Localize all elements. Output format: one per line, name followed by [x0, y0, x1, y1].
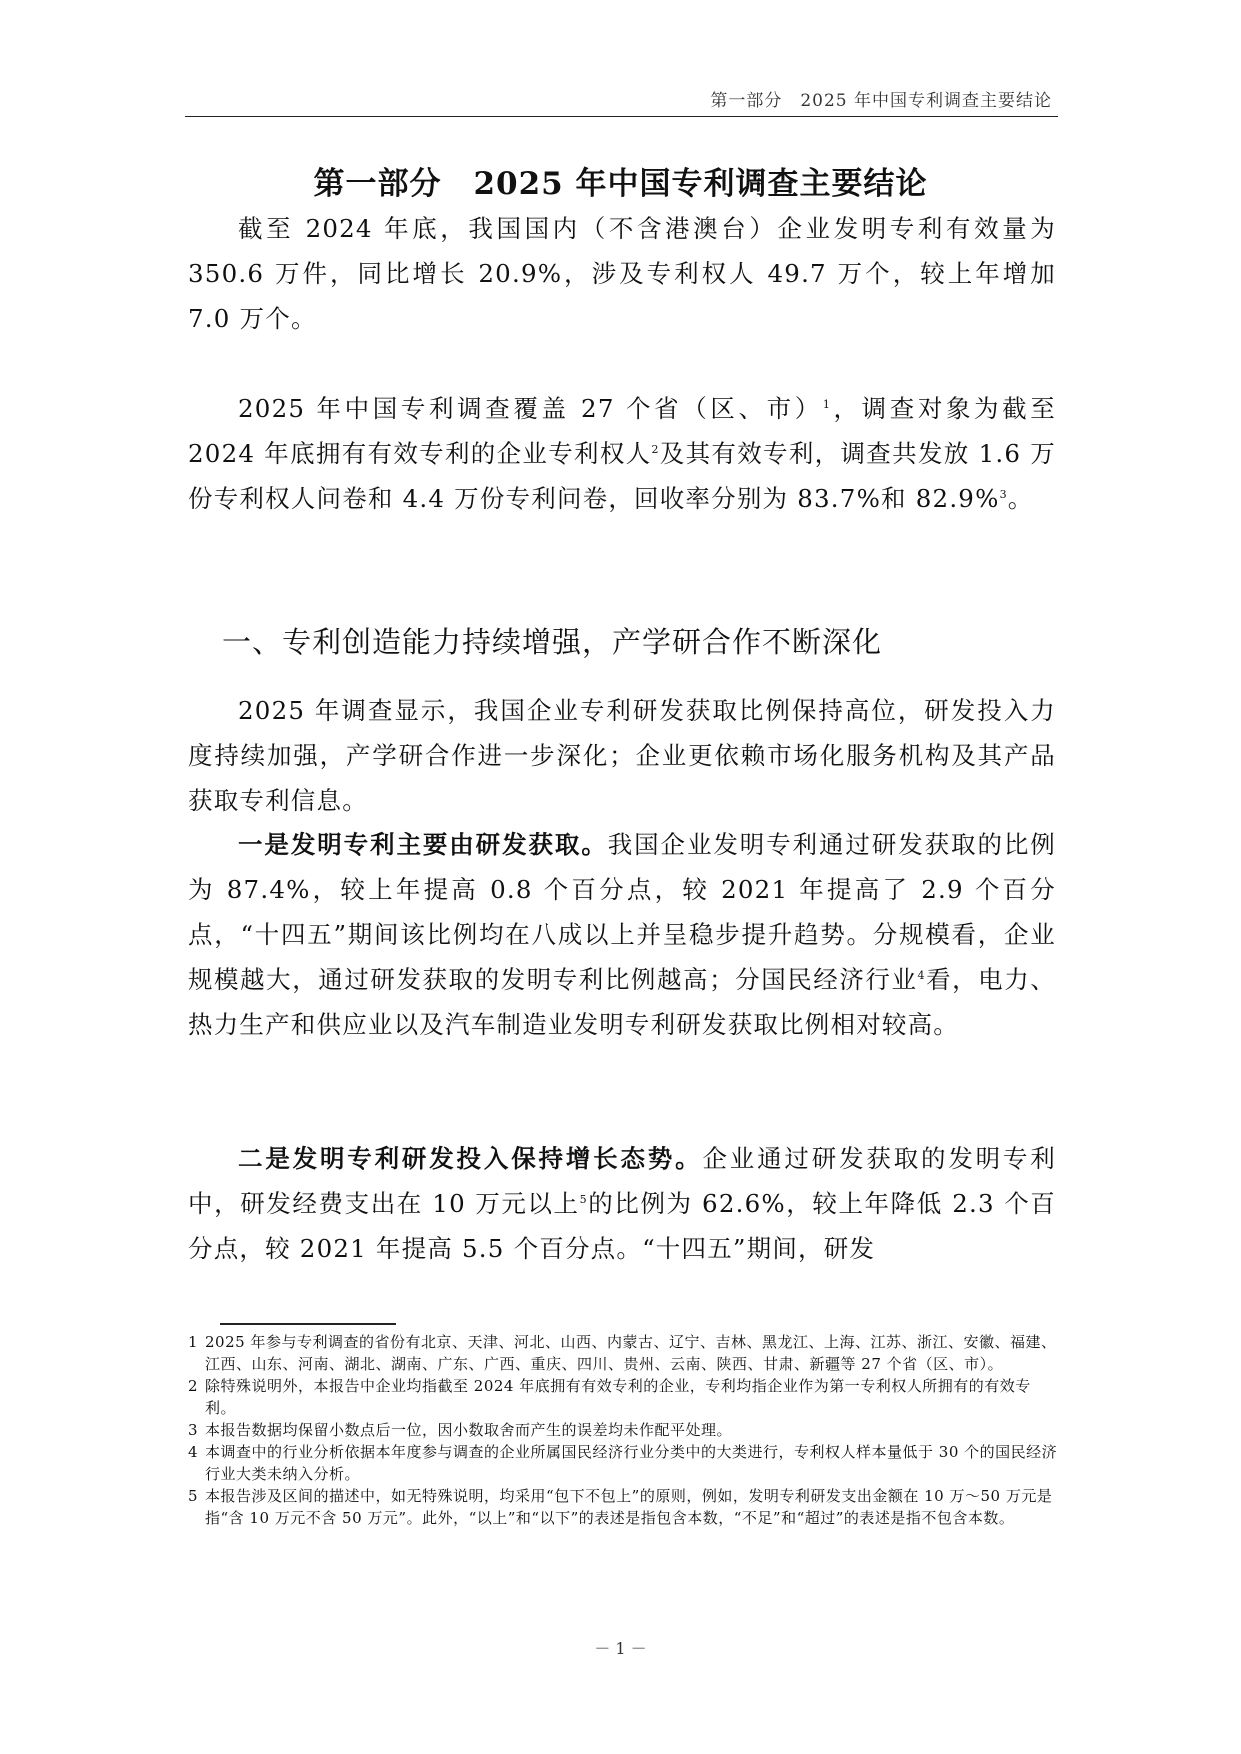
section-heading: 一、专利创造能力持续增强，产学研合作不断深化 — [222, 620, 882, 661]
paragraph-survey-scope: 2025 年中国专利调查覆盖 27 个省（区、市）1，调查对象为截至 2024 … — [188, 386, 1056, 521]
footnote-3: 3本报告数据均保留小数点后一位，因小数取舍而产生的误差均未作配平处理。 — [188, 1419, 1058, 1441]
point-one-lead: 一是发明专利主要由研发获取。 — [238, 830, 608, 859]
footnote-text: 本报告涉及区间的描述中，如无特殊说明，均采用“包下不包上”的原则，例如，发明专利… — [205, 1487, 1052, 1527]
section-intro: 2025 年调查显示，我国企业专利研发获取比例保持高位，研发投入力度持续加强，产… — [188, 688, 1056, 823]
footnote-text: 本调查中的行业分析依据本年度参与调查的企业所属国民经济行业分类中的大类进行，专利… — [205, 1443, 1057, 1483]
footnote-number: 1 — [188, 1331, 198, 1353]
footnote-text: 除特殊说明外，本报告中企业均指截至 2024 年底拥有有效专利的企业，专利均指企… — [205, 1377, 1031, 1417]
point-two: 二是发明专利研发投入保持增长态势。企业通过研发获取的发明专利中，研发经费支出在 … — [188, 1136, 1056, 1271]
footnote-ref-1[interactable]: 1 — [823, 398, 831, 411]
page-title: 第一部分 2025 年中国专利调查主要结论 — [0, 158, 1241, 203]
footnote-number: 5 — [188, 1485, 198, 1507]
footnote-4: 4本调查中的行业分析依据本年度参与调查的企业所属国民经济行业分类中的大类进行，专… — [188, 1441, 1058, 1485]
footnote-ref-5[interactable]: 5 — [580, 1193, 588, 1206]
footnote-ref-4[interactable]: 4 — [918, 969, 926, 982]
footnote-divider — [220, 1323, 396, 1325]
page-number: － 1 － — [0, 1636, 1241, 1659]
footnote-ref-2[interactable]: 2 — [651, 443, 659, 456]
footnote-number: 4 — [188, 1441, 198, 1463]
text-segment: 。 — [1008, 484, 1034, 513]
running-header-title: 第一部分 2025 年中国专利调查主要结论 — [710, 86, 1052, 111]
paragraph-summary: 截至 2024 年底，我国国内（不含港澳台）企业发明专利有效量为 350.6 万… — [188, 206, 1056, 341]
point-one: 一是发明专利主要由研发获取。我国企业发明专利通过研发获取的比例为 87.4%，较… — [188, 822, 1056, 1047]
point-two-lead: 二是发明专利研发投入保持增长态势。 — [238, 1144, 702, 1173]
footnote-number: 3 — [188, 1419, 198, 1441]
text-segment: 2025 年中国专利调查覆盖 27 个省（区、市） — [238, 394, 823, 423]
footnote-5: 5本报告涉及区间的描述中，如无特殊说明，均采用“包下不包上”的原则，例如，发明专… — [188, 1485, 1058, 1529]
footnote-text: 2025 年参与专利调查的省份有北京、天津、河北、山西、内蒙古、辽宁、吉林、黑龙… — [205, 1333, 1056, 1373]
running-header: 第一部分 2025 年中国专利调查主要结论 — [185, 86, 1058, 117]
footnote-2: 2除特殊说明外，本报告中企业均指截至 2024 年底拥有有效专利的企业，专利均指… — [188, 1375, 1058, 1419]
footnotes: 12025 年参与专利调查的省份有北京、天津、河北、山西、内蒙古、辽宁、吉林、黑… — [188, 1331, 1058, 1529]
footnote-number: 2 — [188, 1375, 198, 1397]
footnote-text: 本报告数据均保留小数点后一位，因小数取舍而产生的误差均未作配平处理。 — [205, 1421, 732, 1439]
footnote-1: 12025 年参与专利调查的省份有北京、天津、河北、山西、内蒙古、辽宁、吉林、黑… — [188, 1331, 1058, 1375]
footnote-ref-3[interactable]: 3 — [1000, 488, 1008, 501]
